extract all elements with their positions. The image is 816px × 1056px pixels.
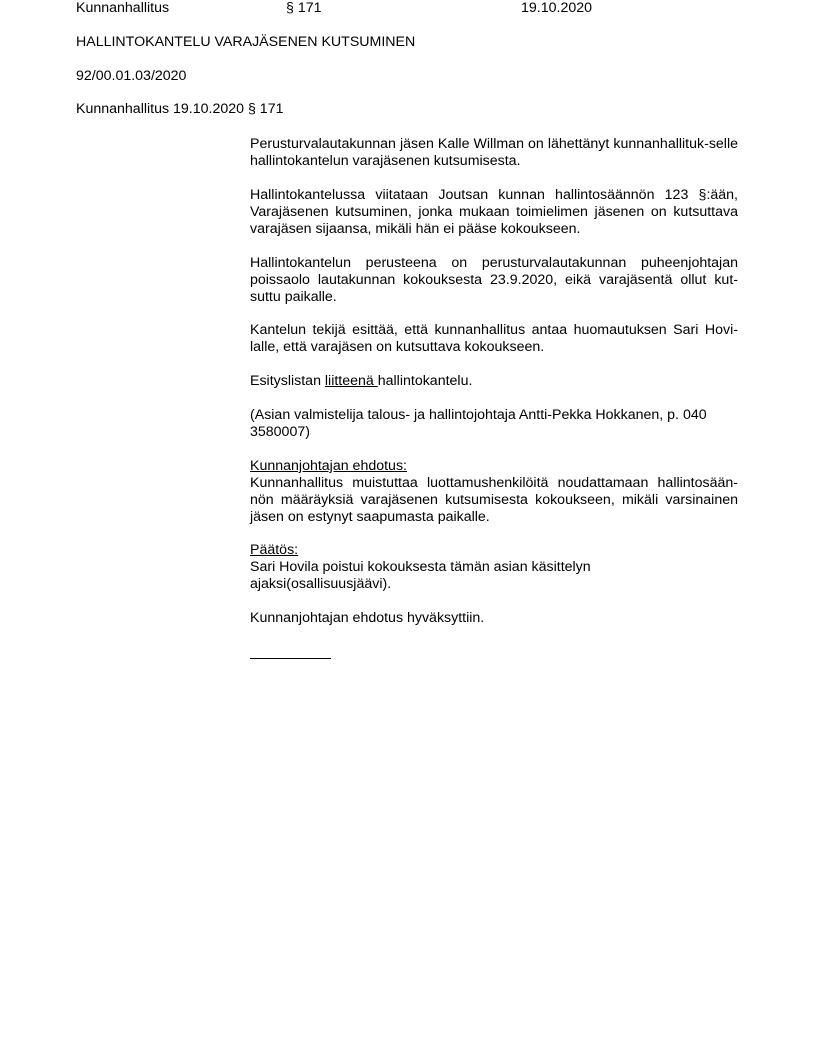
paragraph-complaint-sender: Perusturvalautakunnan jäsen Kalle Willma… bbox=[250, 136, 738, 170]
attachment-text-after: hallintokantelu. bbox=[378, 373, 473, 389]
meeting-reference: Kunnanhallitus 19.10.2020 § 171 bbox=[76, 101, 283, 118]
paragraph-complaint-basis: Hallintokantelun perusteena on perusturv… bbox=[250, 255, 738, 306]
end-rule bbox=[250, 658, 331, 659]
case-number: 92/00.01.03/2020 bbox=[76, 68, 186, 85]
attachment-text-before: Esityslistan bbox=[250, 373, 325, 389]
decision-result: Kunnanjohtajan ehdotus hyväksyttiin. bbox=[250, 610, 738, 627]
paragraph-complaint-request: Kantelun tekijä esittää, että kunnanhall… bbox=[250, 322, 738, 356]
proposal-heading: Kunnanjohtajan ehdotus: bbox=[250, 458, 738, 475]
header-section: § 171 bbox=[286, 0, 322, 17]
decision-heading: Päätös: bbox=[250, 542, 738, 559]
decision-line-2: ajaksi(osallisuusjäävi). bbox=[250, 576, 738, 593]
header-body: Kunnanhallitus bbox=[76, 0, 169, 17]
document-title: HALLINTOKANTELU VARAJÄSENEN KUTSUMINEN bbox=[76, 34, 415, 51]
paragraph-complaint-reference: Hallintokantelussa viitataan Joutsan kun… bbox=[250, 187, 738, 238]
header-date: 19.10.2020 bbox=[521, 0, 592, 17]
paragraph-preparer: (Asian valmistelija talous- ja hallintoj… bbox=[250, 407, 730, 441]
decision-line-1: Sari Hovila poistui kokouksesta tämän as… bbox=[250, 559, 738, 576]
proposal-text: Kunnanhallitus muistuttaa luottamushenki… bbox=[250, 475, 738, 526]
attachment-link[interactable]: liitteenä bbox=[325, 373, 378, 389]
paragraph-attachment: Esityslistan liitteenä hallintokantelu. bbox=[250, 373, 738, 390]
